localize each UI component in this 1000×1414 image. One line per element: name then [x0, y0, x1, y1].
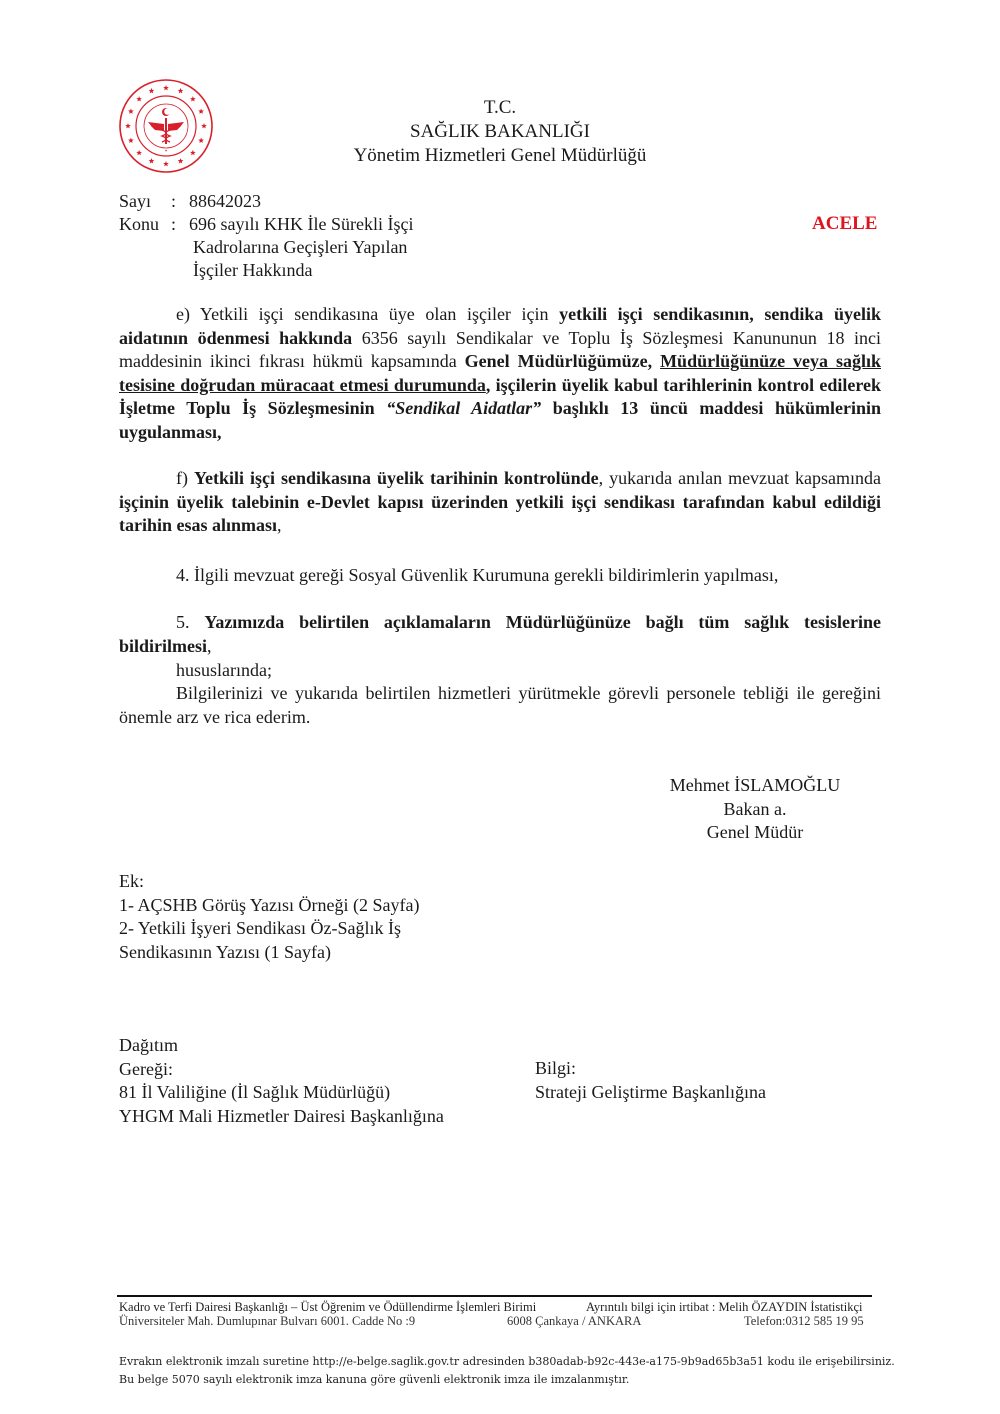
attachments-block: Ek: 1- AÇSHB Görüş Yazısı Örneği (2 Sayf…	[119, 870, 420, 964]
para-5-text-2: ,	[207, 636, 212, 656]
subject-line-2: Kadrolarına Geçişleri Yapılan	[193, 236, 407, 258]
paragraph-4: 4. İlgili mevzuat gereği Sosyal Güvenlik…	[119, 564, 881, 588]
signatory-title: Genel Müdür	[600, 821, 910, 845]
para-5-text-1: 5.	[176, 612, 204, 632]
bilgi-item: Strateji Geliştirme Başkanlığına	[535, 1081, 766, 1105]
paragraph-5: 5. Yazımızda belirtilen açıklamaların Mü…	[119, 611, 881, 658]
paragraph-f: f) Yetkili işçi sendikasına üyelik tarih…	[119, 467, 881, 538]
para-f-text-2: , yukarıda anılan mevzuat kapsamında	[599, 468, 881, 488]
footer-phone: Telefon:0312 585 19 95	[744, 1314, 864, 1328]
para-f-text-1: f)	[176, 468, 194, 488]
para-f-bold-2: işçinin üyelik talebinin e-Devlet kapısı…	[119, 492, 881, 536]
subject-row: Konu:696 sayılı KHK İle Sürekli İşçi	[119, 213, 413, 235]
paragraph-e: e) Yetkili işçi sendikasına üye olan işç…	[119, 303, 881, 444]
distribution-block: Dağıtım Gereği: 81 İl Valiliğine (İl Sağ…	[119, 1034, 444, 1128]
para-f-bold-1: Yetkili işçi sendikasına üyelik tarihini…	[194, 468, 599, 488]
para-f-text-3: ,	[277, 515, 282, 535]
header-ministry: SAĞLIK BAKANLIĞI	[0, 121, 1000, 143]
bilgi-block: Bilgi: Strateji Geliştirme Başkanlığına	[535, 1057, 766, 1104]
colon: :	[171, 213, 189, 235]
footer-divider	[117, 1295, 872, 1297]
attachment-item: 2- Yetkili İşyeri Sendikası Öz-Sağlık İş	[119, 917, 420, 941]
colon: :	[171, 190, 189, 212]
signature-block: Mehmet İSLAMOĞLU Bakan a. Genel Müdür	[600, 774, 910, 845]
esignature-notice: Bu belge 5070 sayılı elektronik imza kan…	[119, 1372, 629, 1387]
subject-line-1: 696 sayılı KHK İle Sürekli İşçi	[189, 214, 413, 234]
attachments-label: Ek:	[119, 870, 420, 894]
header-directorate: Yönetim Hizmetleri Genel Müdürlüğü	[0, 145, 1000, 167]
header-tc: T.C.	[0, 97, 1000, 119]
para-e-text-1: e) Yetkili işçi sendikasına üye olan işç…	[176, 304, 559, 324]
signatory-name: Mehmet İSLAMOĞLU	[600, 774, 910, 798]
subject-line-3: İşçiler Hakkında	[193, 259, 312, 281]
sayi-label: Sayı	[119, 190, 171, 212]
para-5-bold: Yazımızda belirtilen açıklamaların Müdür…	[119, 612, 881, 656]
geregi-item: YHGM Mali Hizmetler Dairesi Başkanlığına	[119, 1105, 444, 1129]
geregi-item: 81 İl Valiliğine (İl Sağlık Müdürlüğü)	[119, 1081, 444, 1105]
footer-city: 6008 Çankaya / ANKARA	[507, 1314, 641, 1328]
signatory-proxy: Bakan a.	[600, 798, 910, 822]
document-number: 88642023	[189, 191, 261, 211]
para-e-quoted-title: “Sendikal Aidatlar”	[386, 398, 541, 418]
urgency-badge: ACELE	[812, 213, 877, 235]
verification-notice: Evrakın elektronik imzalı suretine http:…	[119, 1354, 895, 1369]
attachment-item: Sendikasının Yazısı (1 Sayfa)	[119, 941, 420, 965]
paragraph-hususlar: hususlarında;	[119, 659, 881, 683]
geregi-label: Gereği:	[119, 1058, 444, 1082]
bilgi-label: Bilgi:	[535, 1057, 766, 1081]
konu-label: Konu	[119, 213, 171, 235]
para-e-bold-2: Genel Müdürlüğümüze,	[465, 351, 660, 371]
document-number-row: Sayı:88642023	[119, 190, 261, 212]
footer-address: Üniversiteler Mah. Dumlupınar Bulvarı 60…	[119, 1314, 415, 1328]
footer-contact: Ayrıntılı bilgi için irtibat : Melih ÖZA…	[586, 1300, 863, 1314]
attachment-item: 1- AÇSHB Görüş Yazısı Örneği (2 Sayfa)	[119, 894, 420, 918]
distribution-label: Dağıtım	[119, 1034, 444, 1058]
paragraph-closing: Bilgilerinizi ve yukarıda belirtilen hiz…	[119, 682, 881, 729]
footer-unit: Kadro ve Terfi Dairesi Başkanlığı – Üst …	[119, 1300, 536, 1314]
